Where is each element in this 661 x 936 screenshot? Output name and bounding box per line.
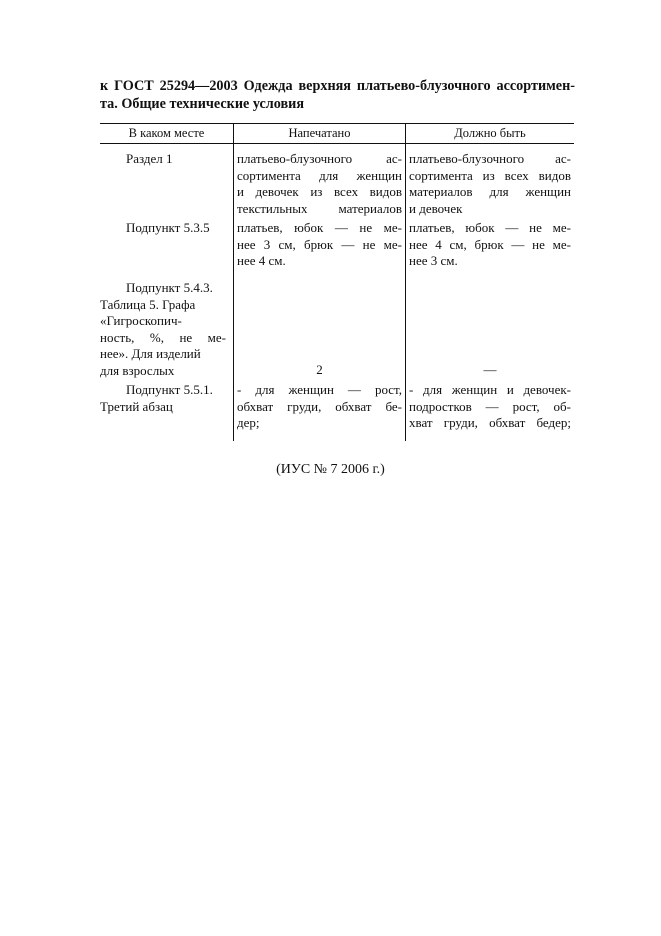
row-3-place: Подпункт 5.4.3. Таблица 5. Графа «Гигрос… <box>100 280 226 379</box>
header-place: В каком месте <box>100 125 233 143</box>
row-2-place: Подпункт 5.3.5 <box>100 220 226 237</box>
column-divider-2 <box>405 123 406 441</box>
title-line-2: та. Общие технические условия <box>100 95 575 113</box>
row-4-printed: - для женщин — рост, обхват груди, обхва… <box>237 382 402 432</box>
row-4-correct: - для женщин и девочек- подростков — рос… <box>409 382 571 432</box>
column-divider-1 <box>233 123 234 441</box>
row-2-printed: платьев, юбок — не ме- нее 3 см, брюк — … <box>237 220 402 270</box>
amendment-table: В каком месте Напечатано Должно быть Раз… <box>100 123 574 441</box>
table-header-rule <box>100 143 574 144</box>
table-top-rule <box>100 123 574 124</box>
row-4-place: Подпункт 5.5.1. Третий абзац <box>100 382 226 415</box>
header-printed: Напечатано <box>234 125 405 143</box>
header-correct: Должно быть <box>406 125 574 143</box>
row-1-printed: платьево-блузочного ас- сортимента для ж… <box>237 151 402 217</box>
publication-reference: (ИУС № 7 2006 г.) <box>0 461 661 479</box>
row-1-correct: платьево-блузочного ас- сортимента из вс… <box>409 151 571 217</box>
amendment-title: к ГОСТ 25294—2003 Одежда верхняя платьев… <box>100 77 575 113</box>
row-3-correct: — <box>409 362 571 379</box>
title-line-1: к ГОСТ 25294—2003 Одежда верхняя платьев… <box>100 77 575 95</box>
row-3-printed: 2 <box>237 362 402 379</box>
row-2-correct: платьев, юбок — не ме- нее 4 см, брюк — … <box>409 220 571 270</box>
row-1-place: Раздел 1 <box>100 151 226 168</box>
